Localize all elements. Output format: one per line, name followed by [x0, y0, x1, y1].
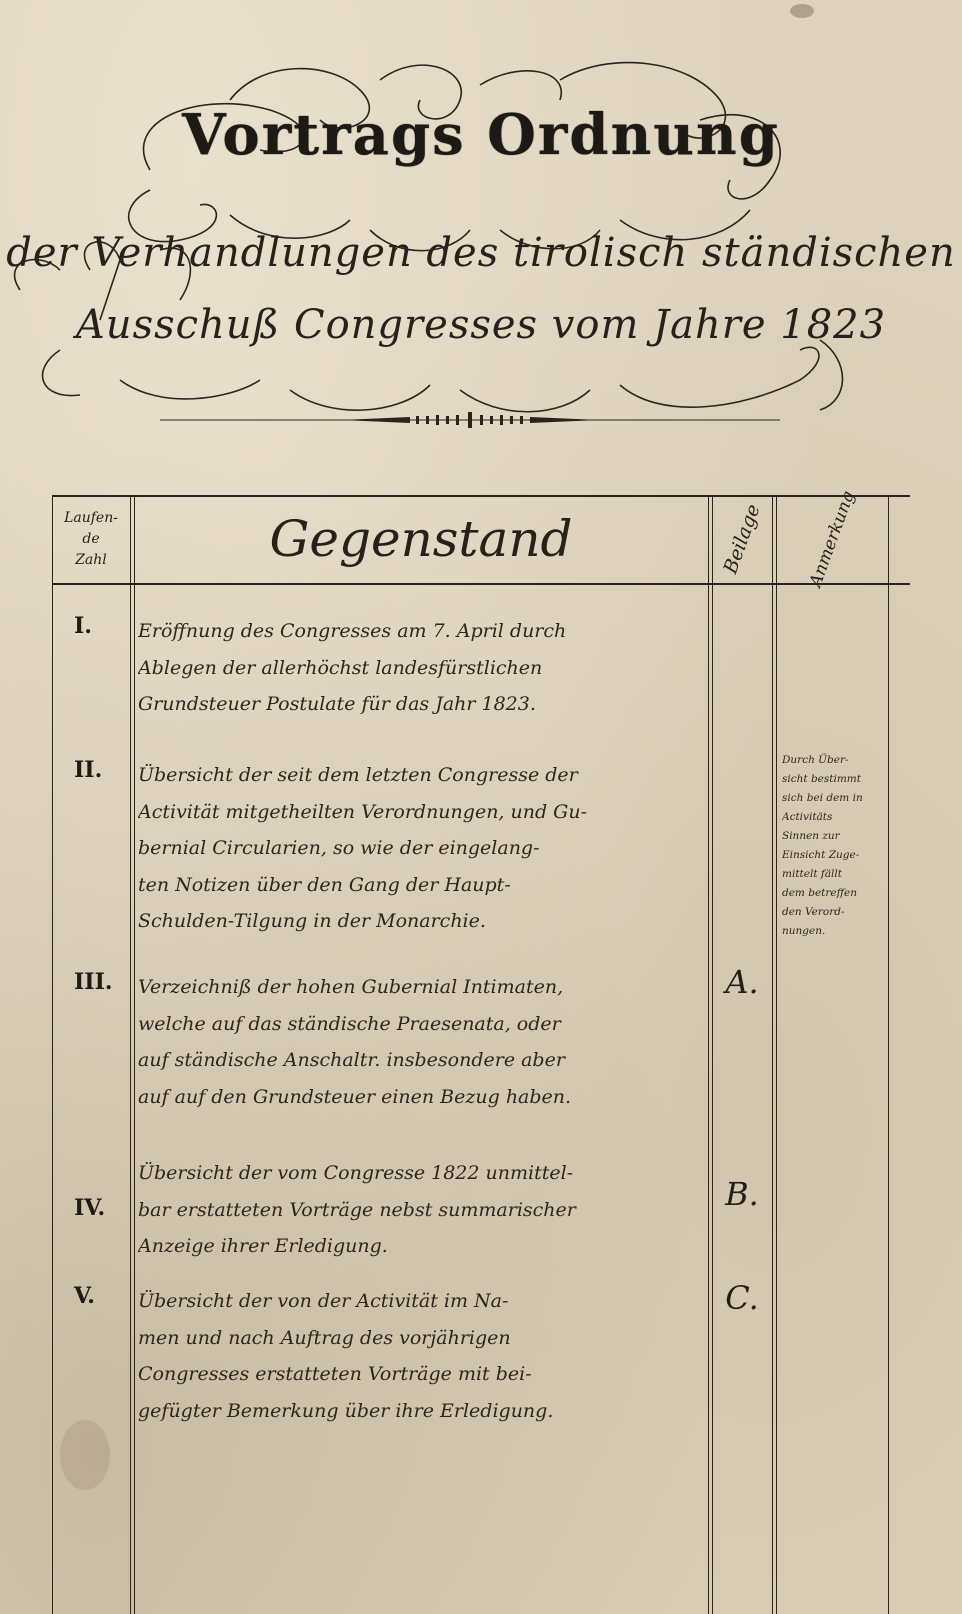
header-beilage: Beilage: [712, 495, 772, 583]
table-header-border: [52, 583, 910, 585]
table-right-border: [888, 495, 889, 1614]
column-divider: [776, 495, 777, 1614]
subject-line: auf ständische Anschaltr. insbesondere a…: [138, 1042, 768, 1079]
header-laufende-zahl-line2: de: [82, 531, 99, 547]
subject-line: Schulden-Tilgung in der Monarchie.: [138, 903, 768, 940]
paper-stain: [790, 4, 814, 18]
header-beilage-label: Beilage: [719, 501, 764, 576]
subject-line: Grundsteuer Postulate für das Jahr 1823.: [138, 686, 768, 723]
header-gegenstand: Gegenstand: [134, 495, 708, 583]
header-anmerkung-label: Anmerkung: [805, 488, 858, 589]
row-subject: Übersicht der seit dem letzten Congresse…: [138, 757, 768, 940]
document-subtitle-line2: Ausschuß Congresses vom Jahre 1823: [0, 302, 962, 348]
subject-line: Übersicht der von der Activität im Na-: [138, 1283, 768, 1320]
document-subtitle-line1: der Verhandlungen des tirolisch ständisc…: [0, 230, 962, 276]
remark-line: nungen.: [782, 922, 894, 941]
remark-line: Durch Über-: [782, 751, 894, 770]
subject-line: men und nach Auftrag des vorjährigen: [138, 1320, 768, 1357]
subject-line: Übersicht der vom Congresse 1822 unmitte…: [138, 1155, 768, 1192]
row-remark: Durch Über- sicht bestimmt sich bei dem …: [782, 751, 894, 941]
remark-line: sicht bestimmt: [782, 770, 894, 789]
row-number: II.: [74, 757, 134, 783]
document-title: Vortrags Ordnung: [0, 102, 962, 168]
row-subject: Verzeichniß der hohen Gubernial Intimate…: [138, 969, 768, 1115]
row-beilage: C.: [712, 1279, 772, 1317]
subject-line: Ablegen der allerhöchst landesfürstliche…: [138, 650, 768, 687]
subject-line: ten Notizen über den Gang der Haupt-: [138, 867, 768, 904]
row-beilage: A.: [712, 963, 772, 1001]
subject-line: Congresses erstatteten Vorträge mit bei-: [138, 1356, 768, 1393]
remark-line: dem betreffen: [782, 884, 894, 903]
row-subject: Übersicht der vom Congresse 1822 unmitte…: [138, 1155, 768, 1265]
ornamental-divider: [160, 410, 780, 430]
row-number: V.: [74, 1283, 134, 1309]
row-subject: Eröffnung des Congresses am 7. April dur…: [138, 613, 768, 723]
remark-line: Sinnen zur: [782, 827, 894, 846]
remark-line: Einsicht Zuge-: [782, 846, 894, 865]
remark-line: den Verord-: [782, 903, 894, 922]
row-number: IV.: [74, 1195, 134, 1221]
row-number: III.: [74, 969, 134, 995]
column-divider: [772, 495, 773, 1614]
subject-line: Verzeichniß der hohen Gubernial Intimate…: [138, 969, 768, 1006]
header-laufende-zahl-line3: Zahl: [75, 547, 107, 573]
agenda-table: Laufen- de Zahl Gegenstand Beilage Anmer…: [52, 495, 910, 1614]
subject-line: Activität mitgetheilten Verordnungen, un…: [138, 794, 768, 831]
column-divider: [134, 495, 135, 1614]
subject-line: welche auf das ständische Praesenata, od…: [138, 1006, 768, 1043]
remark-line: mittelt fällt: [782, 865, 894, 884]
subject-line: Eröffnung des Congresses am 7. April dur…: [138, 613, 768, 650]
header-laufende-zahl: Laufen- de Zahl: [52, 495, 130, 583]
row-beilage: B.: [712, 1175, 772, 1213]
subject-line: bernial Circularien, so wie der eingelan…: [138, 830, 768, 867]
table-left-border: [52, 495, 53, 1614]
subject-line: gefügter Bemerkung über ihre Erledigung.: [138, 1393, 768, 1430]
subject-line: bar erstatteten Vorträge nebst summarisc…: [138, 1192, 768, 1229]
row-subject: Übersicht der von der Activität im Na- m…: [138, 1283, 768, 1429]
header-anmerkung: Anmerkung: [776, 495, 888, 583]
row-number: I.: [74, 613, 134, 639]
header-laufende-zahl-line1: Laufen-: [64, 505, 118, 531]
remark-line: Activitäts: [782, 808, 894, 827]
column-divider: [130, 495, 131, 1614]
title-block: Vortrags Ordnung der Verhandlungen des t…: [0, 40, 962, 440]
remark-line: sich bei dem in: [782, 789, 894, 808]
subject-line: Übersicht der seit dem letzten Congresse…: [138, 757, 768, 794]
subject-line: auf auf den Grundsteuer einen Bezug habe…: [138, 1079, 768, 1116]
subject-line: Anzeige ihrer Erledigung.: [138, 1228, 768, 1265]
